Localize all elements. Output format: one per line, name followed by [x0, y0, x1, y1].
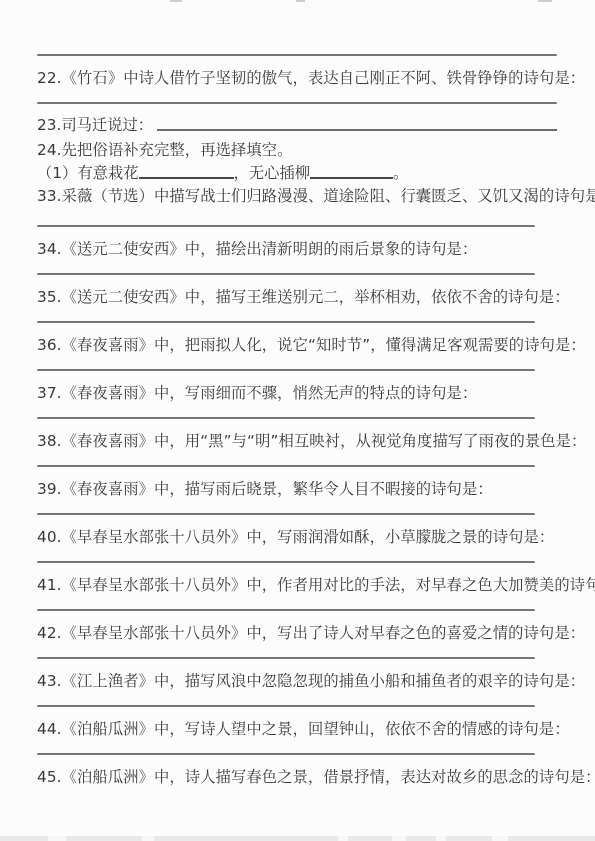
answer-line — [37, 609, 535, 611]
scan-edge-artifact — [142, 836, 154, 841]
scan-edge-artifact — [492, 836, 508, 841]
question-42: 42.《早春呈水部张十八员外》中，写出了诗人对早春之色的喜爱之情的诗句是： — [37, 624, 557, 642]
question-36: 36.《春夜喜雨》中，把雨拟人化，说它“知时节”，懂得满足客观需要的诗句是： — [37, 336, 557, 354]
answer-line — [37, 321, 535, 323]
question-39: 39.《春夜喜雨》中，描写雨后晓景，繁华令人目不暇接的诗句是： — [37, 480, 557, 498]
question-43: 43.《江上渔者》中，描写风浪中忽隐忽现的捕鱼小船和捕鱼者的艰辛的诗句是： — [37, 672, 557, 690]
question-24: 24.先把俗语补充完整，再选择填空。 — [37, 141, 557, 159]
fill-blank-1 — [139, 177, 234, 179]
question-37: 37.《春夜喜雨》中，写雨细而不骤，悄然无声的特点的诗句是： — [37, 384, 557, 402]
fill-blank-2 — [310, 177, 393, 179]
answer-line — [37, 225, 535, 227]
fill-end-text: 。 — [393, 164, 408, 182]
scan-edge-artifact — [170, 0, 182, 2]
answer-line — [37, 54, 557, 56]
question-40: 40.《早春呈水部张十八员外》中，写雨润滑如酥，小草朦胧之景的诗句是： — [37, 528, 557, 546]
scan-edge-artifact — [48, 836, 66, 841]
question-33: 33.采薇（节选）中描写战士们归路漫漫、道途险阻、行囊匮乏、又饥又渴的诗句是： — [37, 187, 557, 205]
scan-edge-artifact — [296, 0, 305, 2]
answer-line — [37, 753, 535, 755]
answer-line — [37, 657, 535, 659]
scan-edge-artifact — [338, 836, 348, 841]
question-23-row: 23.司马迁说过： — [37, 116, 557, 134]
answer-line — [37, 273, 535, 275]
worksheet-content: 22.《竹石》中诗人借竹子坚韧的傲气，表达自己刚正不阿、铁骨铮铮的诗句是： 23… — [0, 54, 595, 786]
question-24-sub1-row: （1）有意栽花 ，无心插柳 。 — [37, 164, 557, 182]
answer-line — [37, 561, 535, 563]
question-22: 22.《竹石》中诗人借竹子坚韧的傲气，表达自己刚正不阿、铁骨铮铮的诗句是： — [37, 69, 557, 87]
question-23-answer-blank — [157, 129, 557, 131]
question-34: 34.《送元二使安西》中，描绘出清新明朗的雨后景象的诗句是： — [37, 240, 557, 258]
answer-line — [37, 417, 535, 419]
answer-line — [37, 465, 535, 467]
answer-line — [37, 369, 535, 371]
question-35: 35.《送元二使安西》中，描写王维送别元二，举杯相劝，依依不舍的诗句是： — [37, 288, 557, 306]
scan-edge-artifact — [538, 0, 552, 2]
fill-pre-text: （1）有意栽花 — [37, 164, 139, 182]
scan-edge-artifact — [436, 836, 446, 841]
scan-edge-strip — [0, 836, 595, 841]
question-41: 41.《早春呈水部张十八员外》中，作者用对比的手法，对早春之色大加赞美的诗句是： — [37, 576, 557, 594]
question-44: 44.《泊船瓜洲》中，写诗人望中之景，回望钟山，依依不舍的情感的诗句是： — [37, 720, 557, 738]
answer-line — [37, 705, 535, 707]
scanned-worksheet-page: 22.《竹石》中诗人借竹子坚韧的傲气，表达自己刚正不阿、铁骨铮铮的诗句是： 23… — [0, 0, 595, 841]
answer-line — [37, 102, 557, 104]
scan-edge-artifact — [392, 836, 406, 841]
fill-mid-text: ，无心插柳 — [234, 164, 311, 182]
question-38: 38.《春夜喜雨》中，用“黑”与“明”相互映衬，从视觉角度描写了雨夜的景色是： — [37, 432, 557, 450]
question-45: 45.《泊船瓜洲》中，诗人描写春色之景，借景抒情，表达对故乡的思念的诗句是： — [37, 768, 557, 786]
question-23-label: 23.司马迁说过： — [37, 116, 153, 134]
answer-line — [37, 513, 535, 515]
